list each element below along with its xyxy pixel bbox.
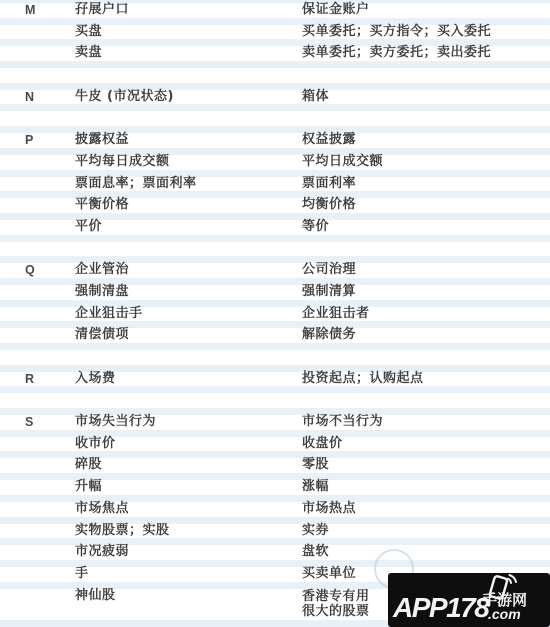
glossary-page: M 孖展户口 保证金账户 买盘 买单委托；买方指令；买入委托 卖盘 卖单委托；卖… xyxy=(0,0,550,627)
hk-term-cell: 入场费 xyxy=(75,372,302,387)
hk-term-cell: 平价 xyxy=(75,220,302,235)
table-row: 清偿债项 解除债务 xyxy=(0,328,550,350)
cn-term-cell: 平均日成交额 xyxy=(302,155,550,170)
table-row: 市况疲弱 盘软 xyxy=(0,545,550,567)
hk-term-cell: 披露权益 xyxy=(75,133,302,148)
hk-term-cell: 碎股 xyxy=(75,458,302,473)
watermark-brand: APP178 xyxy=(393,592,488,624)
hk-term-cell: 企业狙击手 xyxy=(75,307,302,322)
table-row: S 市场失当行为 市场不当行为 xyxy=(0,415,550,437)
letter-cell: M xyxy=(18,3,75,18)
letter-cell: N xyxy=(18,90,75,105)
cn-term-cell: 零股 xyxy=(302,458,550,473)
cn-term-cell: 市场不当行为 xyxy=(302,415,550,430)
cn-term-cell: 涨幅 xyxy=(302,480,550,495)
letter-cell: P xyxy=(18,133,75,148)
watermark: APP178 手游网 .com xyxy=(388,573,550,627)
hk-term-cell: 市场失当行为 xyxy=(75,415,302,430)
hk-term-cell: 买盘 xyxy=(75,25,302,40)
cn-term-cell: 盘软 xyxy=(302,545,550,560)
letter-cell: S xyxy=(18,415,75,430)
letter-cell: Q xyxy=(18,263,75,278)
hk-term-cell: 市场焦点 xyxy=(75,502,302,517)
letter-cell: R xyxy=(18,372,75,387)
cn-term-cell: 等价 xyxy=(302,220,550,235)
hk-term-cell: 市况疲弱 xyxy=(75,545,302,560)
table-row xyxy=(0,350,550,372)
hk-term-cell: 神仙股 xyxy=(75,589,302,604)
cn-term-cell: 箱体 xyxy=(302,90,550,105)
cn-term-cell: 均衡价格 xyxy=(302,198,550,213)
table-row: 平衡价格 均衡价格 xyxy=(0,198,550,220)
hk-term-cell: 手 xyxy=(75,567,302,582)
hk-term-cell: 企业管治 xyxy=(75,263,302,278)
glossary-table: M 孖展户口 保证金账户 买盘 买单委托；买方指令；买入委托 卖盘 卖单委托；卖… xyxy=(0,3,550,627)
table-row: 卖盘 卖单委托；卖方委托；卖出委托 xyxy=(0,46,550,68)
cn-term-cell: 投资起点；认购起点 xyxy=(302,372,550,387)
hk-term-cell: 孖展户口 xyxy=(75,3,302,18)
table-row: 市场焦点 市场热点 xyxy=(0,502,550,524)
table-row: P 披露权益 权益披露 xyxy=(0,133,550,155)
table-row: 实物股票；实股 实券 xyxy=(0,524,550,546)
hk-term-cell: 收市价 xyxy=(75,437,302,452)
table-row: 平均每日成交额 平均日成交额 xyxy=(0,155,550,177)
cn-term-cell: 保证金账户 xyxy=(302,3,550,18)
table-row: 票面息率；票面利率 票面利率 xyxy=(0,177,550,199)
cn-term-cell: 市场热点 xyxy=(302,502,550,517)
cn-term-cell: 企业狙击者 xyxy=(302,307,550,322)
hk-term-cell: 平均每日成交额 xyxy=(75,155,302,170)
cn-term-cell: 实券 xyxy=(302,524,550,539)
hk-term-cell: 强制清盘 xyxy=(75,285,302,300)
hk-term-cell: 清偿债项 xyxy=(75,328,302,343)
table-row xyxy=(0,242,550,264)
table-row: 升幅 涨幅 xyxy=(0,480,550,502)
cn-term-cell: 公司治理 xyxy=(302,263,550,278)
watermark-domain-suffix: .com xyxy=(488,606,521,622)
table-row: 买盘 买单委托；买方指令；买入委托 xyxy=(0,25,550,47)
table-row: 强制清盘 强制清算 xyxy=(0,285,550,307)
cn-term-cell: 卖单委托；卖方委托；卖出委托 xyxy=(302,46,550,61)
table-row: R 入场费 投资起点；认购起点 xyxy=(0,372,550,394)
table-row: 平价 等价 xyxy=(0,220,550,242)
table-row xyxy=(0,68,550,90)
hk-term-cell: 票面息率；票面利率 xyxy=(75,177,302,192)
hk-term-cell: 平衡价格 xyxy=(75,198,302,213)
cn-term-cell: 票面利率 xyxy=(302,177,550,192)
table-row: M 孖展户口 保证金账户 xyxy=(0,3,550,25)
hk-term-cell: 卖盘 xyxy=(75,46,302,61)
table-row xyxy=(0,111,550,133)
cn-term-cell: 解除债务 xyxy=(302,328,550,343)
table-row: 碎股 零股 xyxy=(0,458,550,480)
cn-term-cell: 权益披露 xyxy=(302,133,550,148)
hk-term-cell: 升幅 xyxy=(75,480,302,495)
cn-term-cell: 收盘价 xyxy=(302,437,550,452)
cn-term-cell: 强制清算 xyxy=(302,285,550,300)
table-row: 企业狙击手 企业狙击者 xyxy=(0,307,550,329)
table-row: N 牛皮 (市况状态) 箱体 xyxy=(0,90,550,112)
table-row: 收市价 收盘价 xyxy=(0,437,550,459)
table-row xyxy=(0,393,550,415)
table-row: Q 企业管治 公司治理 xyxy=(0,263,550,285)
hk-term-cell: 牛皮 (市况状态) xyxy=(75,90,302,105)
hk-term-cell: 实物股票；实股 xyxy=(75,524,302,539)
cn-term-cell: 买单委托；买方指令；买入委托 xyxy=(302,25,550,40)
